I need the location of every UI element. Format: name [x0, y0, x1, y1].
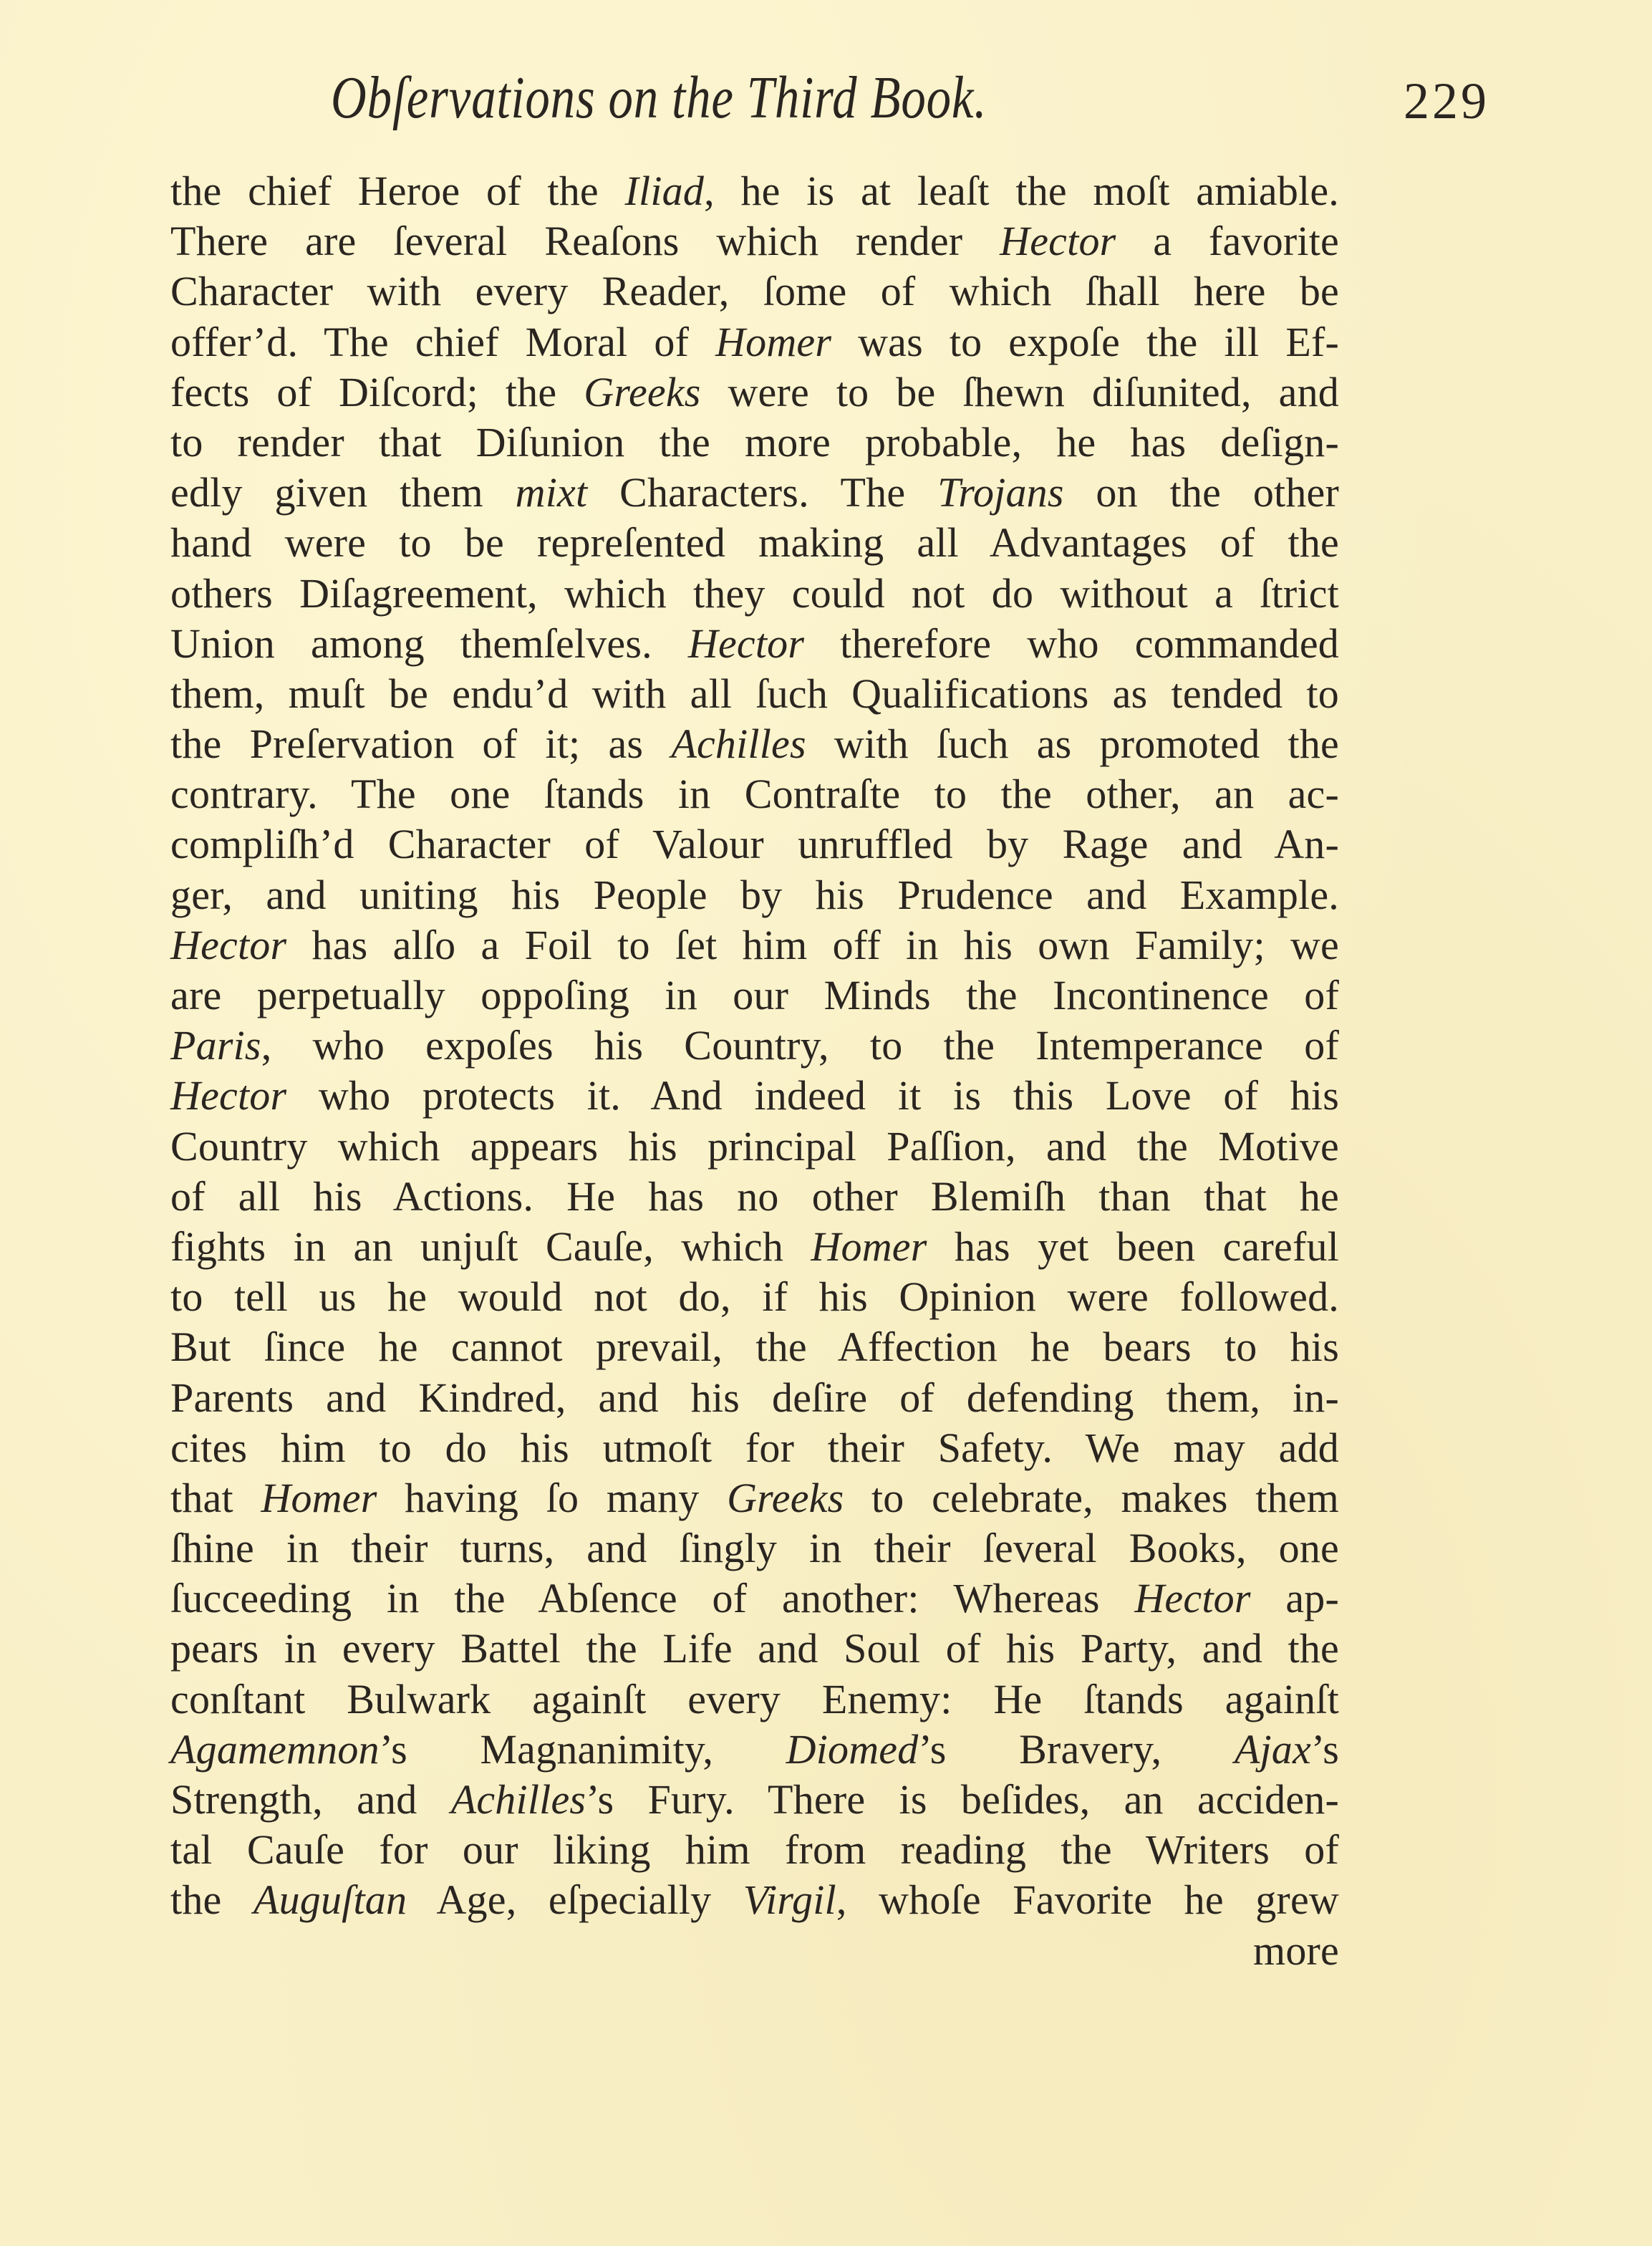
text-line: the Auguſtan Age, eſpecially Virgil, who…	[170, 1875, 1339, 1925]
italic-name: Hector	[688, 620, 804, 667]
text-run: hand were to be repreſented making all A…	[170, 519, 1339, 566]
text-line: conſtant Bulwark againſt every Enemy: He…	[170, 1674, 1339, 1725]
text-line: Union among themſelves. Hector therefore…	[170, 619, 1339, 669]
text-line: offer’d. The chief Moral of Homer was to…	[170, 317, 1339, 367]
text-run: compliſh’d Character of Valour unruffled…	[170, 821, 1339, 867]
text-run: contrary. The one ſtands in Contraſte to…	[170, 771, 1339, 817]
text-line: Agamemnon’s Magnanimity, Diomed’s Braver…	[170, 1725, 1339, 1775]
text-line: ſucceeding in the Abſence of another: Wh…	[170, 1573, 1339, 1624]
text-line: Country which appears his principal Paſſ…	[170, 1122, 1339, 1172]
text-line: Strength, and Achilles’s Fury. There is …	[170, 1775, 1339, 1825]
text-run: has alſo a Foil to ſet him off in his ow…	[286, 922, 1339, 968]
italic-name: Hector	[170, 1072, 286, 1119]
running-head: Obſervations on the Third Book.	[331, 63, 987, 132]
text-run: ’s	[1311, 1726, 1339, 1773]
text-run: edly given them	[170, 469, 516, 516]
italic-name: Iliad	[625, 168, 705, 214]
text-line: ger, and uniting his People by his Prude…	[170, 870, 1339, 920]
text-run: fights in an unjuſt Cauſe, which	[170, 1223, 811, 1270]
text-line: them, muſt be endu’d with all ſuch Quali…	[170, 669, 1339, 719]
text-line: edly given them mixt Characters. The Tro…	[170, 468, 1339, 518]
text-line: fights in an unjuſt Cauſe, which Homer h…	[170, 1222, 1339, 1272]
text-run: the chief Heroe of the	[170, 168, 625, 214]
page-number: 229	[1404, 72, 1489, 131]
text-run: were to be ſhewn diſunited, and	[701, 369, 1339, 415]
text-run: Country which appears his principal Paſſ…	[170, 1123, 1339, 1170]
italic-name: Greeks	[727, 1475, 844, 1521]
text-run: with ſuch as promoted the	[806, 720, 1339, 767]
text-run: Character with every Reader, ſome of whi…	[170, 268, 1339, 314]
text-line: hand were to be repreſented making all A…	[170, 518, 1339, 568]
text-run: that	[170, 1475, 261, 1521]
text-run: them, muſt be endu’d with all ſuch Quali…	[170, 670, 1339, 717]
text-run: Parents and Kindred, and his deſire of d…	[170, 1374, 1339, 1421]
text-run: fects of Diſcord; the	[170, 369, 584, 415]
text-run: offer’d. The chief Moral of	[170, 319, 715, 365]
text-run: ſucceeding in the Abſence of another: Wh…	[170, 1575, 1134, 1621]
text-run: Age, eſpecially	[407, 1876, 743, 1923]
text-run: the	[170, 1876, 253, 1923]
text-run: Union among themſelves.	[170, 620, 688, 667]
italic-name: Ajax	[1235, 1726, 1311, 1773]
text-line: But ſince he cannot prevail, the Affecti…	[170, 1322, 1339, 1372]
text-run: conſtant Bulwark againſt every Enemy: He…	[170, 1676, 1339, 1722]
text-line: contrary. The one ſtands in Contraſte to…	[170, 769, 1339, 819]
italic-name: Achilles	[451, 1776, 586, 1823]
text-run: pears in every Battel the Life and Soul …	[170, 1625, 1339, 1672]
text-run: cites him to do his utmoſt for their Saf…	[170, 1425, 1339, 1471]
italic-name: Virgil	[743, 1876, 836, 1923]
text-run: ’s Bravery,	[918, 1726, 1234, 1773]
text-run: who protects it. And indeed it is this L…	[286, 1072, 1339, 1119]
text-run: Characters. The	[587, 469, 937, 516]
italic-name: Diomed	[786, 1726, 919, 1773]
text-line: Hector who protects it. And indeed it is…	[170, 1071, 1339, 1121]
italic-name: Hector	[1000, 218, 1116, 264]
text-run: ger, and uniting his People by his Prude…	[170, 872, 1339, 918]
book-page: Obſervations on the Third Book. 229 the …	[0, 0, 1652, 2246]
text-line: pears in every Battel the Life and Soul …	[170, 1624, 1339, 1674]
text-run: , he is at leaſt the moſt amiable.	[704, 168, 1339, 214]
text-run: of all his Actions. He has no other Blem…	[170, 1173, 1339, 1220]
text-line: to render that Diſunion the more probabl…	[170, 418, 1339, 468]
text-line: Hector has alſo a Foil to ſet him off in…	[170, 920, 1339, 970]
text-run: tal Cauſe for our liking him from readin…	[170, 1826, 1339, 1873]
text-run: on the other	[1064, 469, 1339, 516]
text-line: Parents and Kindred, and his deſire of d…	[170, 1373, 1339, 1423]
text-run: ap-	[1251, 1575, 1339, 1621]
text-line: are perpetually oppoſing in our Minds th…	[170, 970, 1339, 1021]
text-line: Character with every Reader, ſome of whi…	[170, 266, 1339, 317]
text-line: the chief Heroe of the Iliad, he is at l…	[170, 166, 1339, 216]
italic-name: Homer	[811, 1223, 927, 1270]
catchword: more	[170, 1926, 1339, 1976]
text-run: ſhine in their turns, and ſingly in thei…	[170, 1525, 1339, 1571]
text-run: having ſo many	[377, 1475, 727, 1521]
text-line: the Preſervation of it; as Achilles with…	[170, 719, 1339, 769]
italic-name: Homer	[261, 1475, 377, 1521]
text-line: to tell us he would not do, if his Opini…	[170, 1272, 1339, 1322]
italic-name: Paris	[170, 1022, 261, 1069]
italic-name: Homer	[715, 319, 831, 365]
text-line: fects of Diſcord; the Greeks were to be …	[170, 367, 1339, 418]
text-run: to tell us he would not do, if his Opini…	[170, 1273, 1339, 1320]
text-run: to celebrate, makes them	[844, 1475, 1339, 1521]
italic-name: Hector	[170, 922, 286, 968]
italic-name: mixt	[516, 469, 588, 516]
text-run: , who expoſes his Country, to the Intemp…	[261, 1022, 1339, 1069]
text-run: There are ſeveral Reaſons which render	[170, 218, 1000, 264]
text-run: has yet been careful	[927, 1223, 1339, 1270]
text-run: Strength, and	[170, 1776, 451, 1823]
text-line: that Homer having ſo many Greeks to cele…	[170, 1473, 1339, 1523]
italic-name: Auguſtan	[253, 1876, 407, 1923]
text-run: to render that Diſunion the more probabl…	[170, 419, 1339, 466]
text-run: ’s Magnanimity,	[380, 1726, 786, 1773]
text-run: ’s Fury. There is beſides, an acciden-	[586, 1776, 1339, 1823]
text-line: cites him to do his utmoſt for their Saf…	[170, 1423, 1339, 1473]
italic-name: Greeks	[584, 369, 700, 415]
italic-name: Hector	[1134, 1575, 1250, 1621]
text-run: was to expoſe the ill Ef-	[831, 319, 1339, 365]
text-run: the Preſervation of it; as	[170, 720, 671, 767]
text-line: compliſh’d Character of Valour unruffled…	[170, 819, 1339, 869]
text-run: others Diſagreement, which they could no…	[170, 570, 1339, 617]
text-line: tal Cauſe for our liking him from readin…	[170, 1825, 1339, 1875]
text-line: Paris, who expoſes his Country, to the I…	[170, 1021, 1339, 1071]
italic-name: Trojans	[937, 469, 1064, 516]
text-run: a favorite	[1116, 218, 1339, 264]
text-run: therefore who commanded	[804, 620, 1339, 667]
text-run: But ſince he cannot prevail, the Affecti…	[170, 1324, 1339, 1370]
text-line: of all his Actions. He has no other Blem…	[170, 1172, 1339, 1222]
text-run: , whoſe Favorite he grew	[836, 1876, 1339, 1923]
text-line: others Diſagreement, which they could no…	[170, 569, 1339, 619]
body-text: the chief Heroe of the Iliad, he is at l…	[170, 166, 1339, 1976]
text-line: ſhine in their turns, and ſingly in thei…	[170, 1523, 1339, 1573]
italic-name: Achilles	[671, 720, 806, 767]
italic-name: Agamemnon	[170, 1726, 380, 1773]
text-line: There are ſeveral Reaſons which render H…	[170, 216, 1339, 266]
text-run: are perpetually oppoſing in our Minds th…	[170, 972, 1339, 1018]
